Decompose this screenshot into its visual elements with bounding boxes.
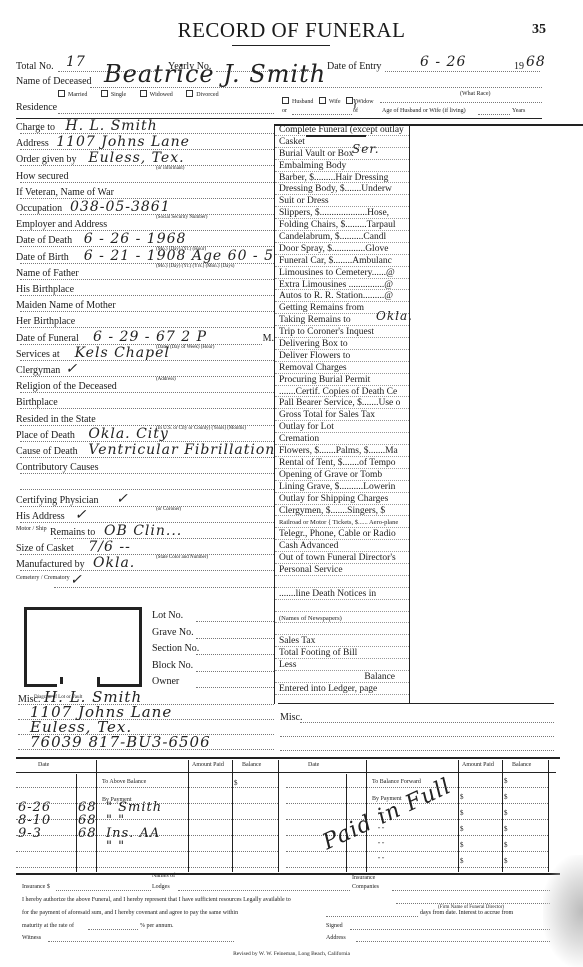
year-prefix: 19 (514, 61, 524, 73)
form-field: Date of Funeral6 - 29 - 67 2 P(Date) (Da… (16, 332, 274, 346)
field-line (20, 311, 274, 312)
charge-item: Deliver Flowers to (275, 350, 409, 362)
to-balance-forward: To Balance Forward (372, 779, 421, 786)
form-field: His Birthplace (16, 283, 274, 297)
form-field: Size of Casket7/6 --(State Color and Num… (16, 542, 274, 556)
field-value: ✓ (116, 492, 129, 506)
revised-by: Revised by W. W. Feineman, Long Beach, C… (0, 951, 583, 957)
field-line (20, 279, 274, 280)
year-value: 68 (526, 55, 546, 69)
charge-label: Outlay for Shipping Charges (279, 494, 388, 504)
charge-label: Folding Chairs, $.........Tarpaul (279, 220, 396, 230)
charge-item: Out of town Funeral Director's (275, 552, 409, 564)
dollar-sign: $ (460, 825, 464, 833)
form-field: Date of Death6 - 26 - 1968(Mo.) (Day) (Y… (16, 234, 274, 248)
charge-item: Cremation (275, 433, 409, 445)
witness-label: Witness (22, 935, 41, 942)
charge-item: .......Certif. Copies of Death Ce (275, 386, 409, 398)
field-value: ✓ (75, 508, 88, 522)
form-field (16, 477, 274, 491)
charge-label: Personal Service (279, 565, 343, 575)
charge-label: Taking Remains to (279, 315, 351, 325)
lot-field-label: Block No. (152, 660, 193, 672)
rate-line (88, 929, 138, 930)
name-of-deceased-value: Beatrice J. Smith (104, 62, 326, 86)
misc-value: 1107 Johns Lane (30, 705, 172, 719)
getting-remains-value: Okla. (376, 309, 413, 323)
charge-item: Clergymen, $.......Singers, $ (275, 505, 409, 517)
charge-label: Suit or Dress (279, 196, 329, 206)
charge-label: Door Spray, $..............Glove (279, 244, 388, 254)
complete-funeral-underline (306, 135, 366, 137)
ledger-bottom-rule (16, 873, 560, 875)
ledger-row-line (286, 851, 548, 852)
charge-item (275, 576, 409, 588)
charge-item: Extra Limousines ...............@ (275, 279, 409, 291)
charge-label: Flowers, $.......Palms, $.......Ma (279, 446, 398, 456)
age-spouse-label: Age of Husband or Wife (if living) (382, 108, 466, 115)
ledger-column-rule (188, 760, 189, 872)
charge-item: Funeral Car, $........Ambulanc (275, 255, 409, 267)
lot-field-label: Lot No. (152, 610, 183, 622)
form-field: Cemetery / Crematory✓ (16, 575, 274, 589)
charge-label: Gross Total for Sales Tax (279, 410, 375, 420)
field-line (20, 473, 274, 474)
charge-item: Sales Tax (275, 635, 409, 647)
form-field: Address1107 Johns Lane (16, 137, 274, 151)
insurance-line (56, 890, 151, 891)
charge-label: Telegr., Phone, Cable or Radio (279, 529, 396, 539)
field-line (20, 182, 274, 183)
ledger-row-line (16, 867, 278, 868)
lot-field-line (196, 671, 274, 672)
form-field: Certifying Physician✓(or Coroner) (16, 494, 274, 508)
ledger-column-rule (458, 760, 459, 872)
charge-item: Limousines to Cemetery......@ (275, 267, 409, 279)
field-value: 038-05-3861 (70, 200, 171, 214)
charge-item: Barber, $.........Hair Dressing (275, 172, 409, 184)
ledger-row-line (16, 819, 278, 820)
charges-column: Complete Funeral (except outlayCasketBur… (274, 124, 410, 704)
field-line (20, 506, 274, 507)
dollar-sign: $ (460, 841, 464, 849)
years-label: Years (512, 108, 525, 115)
ledger-column-rule (232, 760, 233, 872)
form-field: Birthplace (16, 396, 274, 410)
form-field: Maiden Name of Mother (16, 299, 274, 313)
charge-item: Lining Grave, $..........Lowerin (275, 481, 409, 493)
charge-item: Rental of Tent, $.......of Tempo (275, 457, 409, 469)
charge-label: Lining Grave, $..........Lowerin (279, 482, 395, 492)
misc-right-line-2 (280, 736, 554, 737)
charge-item: Outlay for Shipping Charges (275, 493, 409, 505)
charge-label: Procuring Burial Permit (279, 375, 370, 385)
ledger-header-balance: Balance (512, 762, 531, 769)
checkbox-widowed[interactable]: Widowed (140, 92, 173, 98)
charge-label: Delivering Box to (279, 339, 348, 349)
checkbox-married[interactable]: Married (58, 92, 87, 98)
checkbox-widow[interactable]: Widow (346, 99, 373, 105)
ledger-row-line (16, 787, 278, 788)
charge-label: Clergymen, $.......Singers, $ (279, 506, 385, 516)
ledger-column-rule (278, 760, 279, 872)
charge-item: Outlay for Lot (275, 421, 409, 433)
or-label: or (282, 108, 287, 115)
dollar-sign: $ (460, 793, 464, 801)
charge-item: Slippers, $....................Hose, (275, 207, 409, 219)
misc-value: H. L. Smith (44, 690, 142, 704)
ledger-row-line (16, 851, 278, 852)
dollar-sign: $ (460, 857, 464, 865)
field-line (20, 392, 274, 393)
charge-label: Candelabrum, $..........Candl (279, 232, 386, 242)
form-field: Date of Birth6 - 21 - 1908 Age 60 - 5(Mo… (16, 251, 274, 265)
charge-label: .......Certif. Copies of Death Ce (279, 387, 397, 397)
dollar-sign: $ (504, 793, 508, 801)
insurance-label: Insurance $ (22, 884, 50, 891)
form-field: Place of DeathOkla. City (16, 429, 274, 443)
form-field: Services atKels Chapel (16, 348, 274, 362)
ledger-header-amount: Amount Paid (462, 762, 494, 769)
form-field: Cause of DeathVentricular Fibrillation (16, 445, 274, 459)
name-of-deceased-label: Name of Deceased (16, 76, 92, 88)
field-line (20, 376, 274, 377)
charge-item: Flowers, $.......Palms, $.......Ma (275, 445, 409, 457)
charge-item: Pall Bearer Service, $.......Use o (275, 397, 409, 409)
charge-item: Railroad or Motor { Tickets, $...... Aer… (275, 516, 409, 528)
charge-item (275, 600, 409, 612)
field-value: Ventricular Fibrillation (88, 443, 275, 457)
checkbox-husband[interactable]: Husband (282, 99, 313, 105)
field-line (20, 570, 274, 571)
race-line (380, 102, 542, 103)
percent-text: % per annum. (140, 923, 174, 930)
charge-item: Burial Vault or Box (275, 148, 409, 160)
misc-right-rule (278, 703, 554, 704)
charge-item: Trip to Coroner's Inquest (275, 326, 409, 338)
companies-label: Companies (352, 884, 379, 891)
charge-label: Slippers, $....................Hose, (279, 208, 389, 218)
dollar-sign: $ (504, 857, 508, 865)
charge-label: Trip to Coroner's Inquest (279, 327, 374, 337)
charge-label: Less (279, 660, 296, 670)
what-race-hint: (What Race) (460, 91, 490, 98)
misc-value: 76039 817-BU3-6506 (30, 735, 211, 749)
page-title: RECORD OF FUNERAL (0, 18, 583, 43)
field-value: Euless, Tex. (88, 151, 184, 165)
brace: } (352, 100, 358, 107)
charge-item: Folding Chairs, $.........Tarpaul (275, 219, 409, 231)
checkbox-wife[interactable]: Wife (319, 99, 341, 105)
form-field: If Veteran, Name of War (16, 186, 274, 200)
ditto-marks: " " (378, 842, 384, 849)
charge-item: Procuring Burial Permit (275, 374, 409, 386)
maturity-text: maturity at the rate of (22, 923, 74, 930)
form-field: Motor / ShipRemains toOB Clin... (16, 526, 274, 540)
lot-field-line (196, 687, 274, 688)
ledger-column-rule (502, 760, 503, 872)
charge-label: Limousines to Cemetery......@ (279, 268, 395, 278)
paid-signature: Paid in Full (322, 779, 454, 850)
charge-label: Total Footing of Bill (279, 648, 357, 658)
days-text: days from date. Interest to accrue from (420, 910, 513, 917)
charge-item: Autos to R. R. Station.........@ (275, 290, 409, 302)
residence-label: Residence (16, 102, 57, 114)
charge-item: Personal Service (275, 564, 409, 576)
field-value: Okla. (93, 556, 135, 570)
date-of-entry-value: 6 - 26 (420, 55, 466, 69)
form-field: Employer and Address (16, 218, 274, 232)
charge-item: Embalming Body (275, 160, 409, 172)
ledger-column-rule (76, 774, 77, 872)
charge-item: Opening of Grave or Tomb (275, 469, 409, 481)
charge-item: Gross Total for Sales Tax (275, 409, 409, 421)
form-field: His Address✓ (16, 510, 274, 524)
ledger-row-line (286, 819, 548, 820)
lodges-label-top: Names of (152, 873, 175, 879)
charge-label: Casket (279, 137, 305, 147)
charge-label: Burial Vault or Box (279, 149, 354, 159)
checkbox-single[interactable]: Single (101, 92, 126, 98)
form-field: Contributory Causes (16, 461, 274, 475)
charge-label: Opening of Grave or Tomb (279, 470, 382, 480)
lot-field-label: Grave No. (152, 627, 194, 639)
charge-label: Complete Funeral (except outlay (279, 125, 404, 135)
spouse-options: Husband Wife Widow (282, 97, 374, 106)
charge-item: Cash Advanced (275, 540, 409, 552)
page-number: 35 (532, 22, 546, 38)
charge-item: (Names of Newspapers) (275, 612, 409, 624)
misc-right-line-1 (300, 722, 554, 723)
age-spouse-line (478, 114, 510, 115)
total-no-value: 17 (66, 55, 86, 69)
field-line (20, 408, 274, 409)
marital-status: Married Single Widowed Divorced (58, 90, 219, 99)
witness-line (48, 941, 234, 942)
form-field: Clergyman✓(Address) (16, 364, 274, 378)
charge-item: Casket (275, 136, 409, 148)
charge-item: Suit or Dress (275, 195, 409, 207)
payment-year: 68 (78, 827, 97, 841)
form-field: How secured (16, 170, 274, 184)
or-line (292, 114, 352, 115)
charge-label: Barber, $.........Hair Dressing (279, 173, 388, 183)
misc-right-line-3 (280, 750, 554, 751)
lot-field-label: Section No. (152, 643, 199, 655)
ditto-marks: " " (378, 857, 384, 864)
total-no-label: Total No. (16, 61, 54, 73)
field-value: H. L. Smith (65, 119, 157, 133)
charge-label: Extra Limousines ...............@ (279, 280, 393, 290)
charge-label: Funeral Car, $........Ambulanc (279, 256, 392, 266)
ledger-top-rule (16, 757, 560, 759)
form-field: Occupation038-05-3861(Social Security Nu… (16, 202, 274, 216)
signed-label: Signed (326, 923, 343, 930)
charge-item: .......line Death Notices in (275, 588, 409, 600)
charge-label: Sales Tax (279, 636, 315, 646)
dollar-sign: $ (504, 841, 508, 849)
field-prefix: Motor / Ship (16, 526, 47, 533)
ledger-header-rule (286, 772, 556, 773)
charge-item: Dressing Body, $.......Underw (275, 183, 409, 195)
lot-field-line (196, 621, 274, 622)
charge-label: Pall Bearer Service, $.......Use o (279, 398, 400, 408)
field-suffix: M. (263, 333, 274, 345)
ledger-header-amount: Amount Paid (192, 762, 224, 769)
charge-label: Autos to R. R. Station.........@ (279, 291, 393, 301)
field-value: ✓ (65, 362, 78, 376)
dollar-sign: $ (504, 777, 508, 785)
form-field: Charge toH. L. Smith (16, 121, 274, 135)
form-field: Resided in the State(In U.S. or City or … (16, 413, 274, 427)
field-value: 7/6 -- (88, 540, 130, 554)
checkbox-divorced[interactable]: Divorced (186, 92, 218, 98)
charge-item: Door Spray, $..............Glove (275, 243, 409, 255)
residence-line (58, 113, 274, 114)
days-line (326, 916, 418, 917)
form-field: Order given byEuless, Tex.(or informant) (16, 153, 274, 167)
field-value: Okla. City (88, 427, 168, 441)
lot-field-label: Owner (152, 676, 179, 688)
address-label: Address (326, 935, 346, 942)
charge-item: Total Footing of Bill (275, 647, 409, 659)
misc-value: Euless, Tex. (30, 720, 132, 734)
field-value: 6 - 21 - 1908 Age 60 - 5 (84, 249, 274, 263)
charge-label: Cash Advanced (279, 541, 338, 551)
field-line (20, 554, 274, 555)
charge-label: (Names of Newspapers) (279, 615, 342, 622)
dollar-sign: $ (504, 825, 508, 833)
charge-label: Deliver Flowers to (279, 351, 350, 361)
title-underline (232, 45, 330, 46)
charge-label: Rental of Tent, $.......of Tempo (279, 458, 396, 468)
form-field: Manufactured byOkla. (16, 558, 274, 572)
charge-label: Removal Charges (279, 363, 347, 373)
lodges-label: Lodges (152, 884, 170, 891)
authorize-text: I hereby authorize the above Funeral, an… (22, 897, 291, 904)
lodges-line (178, 890, 350, 891)
charge-item: Entered into Ledger, page (275, 683, 409, 695)
charge-item: Removal Charges (275, 362, 409, 374)
charge-label: .......line Death Notices in (279, 589, 376, 599)
field-value: OB Clin... (104, 524, 182, 538)
charge-item: Delivering Box to (275, 338, 409, 350)
field-line (20, 295, 274, 296)
form-field: Name of Father (16, 267, 274, 281)
form-field: Religion of the Deceased (16, 380, 274, 394)
field-value: 6 - 26 - 1968 (84, 232, 187, 246)
dollar-sign: $ (460, 809, 464, 817)
dollar-sign: $ (234, 779, 238, 787)
payment-text: for the payment of aforesaid sum, and I … (22, 910, 238, 917)
dollar-sign: $ (504, 809, 508, 817)
ledger-header-rule (16, 772, 286, 773)
ledger-row-line (286, 867, 548, 868)
companies-line (392, 890, 550, 891)
lot-diagram (24, 607, 142, 687)
ledger-header-date: Date (308, 762, 319, 769)
companies-label-top: Insurance (352, 875, 375, 881)
payment-date: 9-3 (18, 827, 42, 841)
address-line (356, 941, 550, 942)
field-value: 6 - 29 - 67 2 P (93, 330, 207, 344)
charge-item (275, 623, 409, 635)
firm-line (396, 903, 550, 904)
charges-top-rule (274, 124, 583, 126)
charge-label: Getting Remains from (279, 303, 364, 313)
ledger-header-date: Date (38, 762, 49, 769)
scan-shadow (543, 855, 583, 967)
charge-label: Out of town Funeral Director's (279, 553, 396, 563)
charge-item: Candelabrum, $..........Candl (275, 231, 409, 243)
charge-label: Outlay for Lot (279, 422, 334, 432)
charge-item: Telegr., Phone, Cable or Radio (275, 528, 409, 540)
form-field: Her Birthplace (16, 315, 274, 329)
field-value: 1107 Johns Lane (56, 135, 190, 149)
date-of-entry-label: Date of Entry (327, 61, 381, 73)
charge-item: Balance (275, 671, 409, 683)
field-line (54, 587, 274, 588)
lot-field-line (196, 638, 274, 639)
ledger-header-balance: Balance (242, 762, 261, 769)
signed-line (350, 929, 550, 930)
lot-field-line (196, 654, 274, 655)
charge-label: Embalming Body (279, 161, 346, 171)
field-line (20, 489, 274, 490)
charge-label: Balance (279, 671, 409, 683)
field-value: ✓ (70, 573, 83, 587)
charge-label: Railroad or Motor { Tickets, $...... Aer… (279, 519, 398, 526)
casket-value: Ser. (352, 142, 380, 156)
to-above-balance: To Above Balance (102, 779, 146, 786)
charge-label: Cremation (279, 434, 319, 444)
charge-label: Dressing Body, $.......Underw (279, 184, 392, 194)
charges-list: Complete Funeral (except outlayCasketBur… (275, 124, 409, 695)
field-value: Kels Chapel (75, 346, 170, 360)
field-line (20, 327, 274, 328)
field-prefix: Cemetery / Crematory (16, 575, 70, 582)
charge-item: Less (275, 659, 409, 671)
charge-label: Entered into Ledger, page (279, 684, 377, 694)
payment-description: " " (106, 840, 125, 854)
